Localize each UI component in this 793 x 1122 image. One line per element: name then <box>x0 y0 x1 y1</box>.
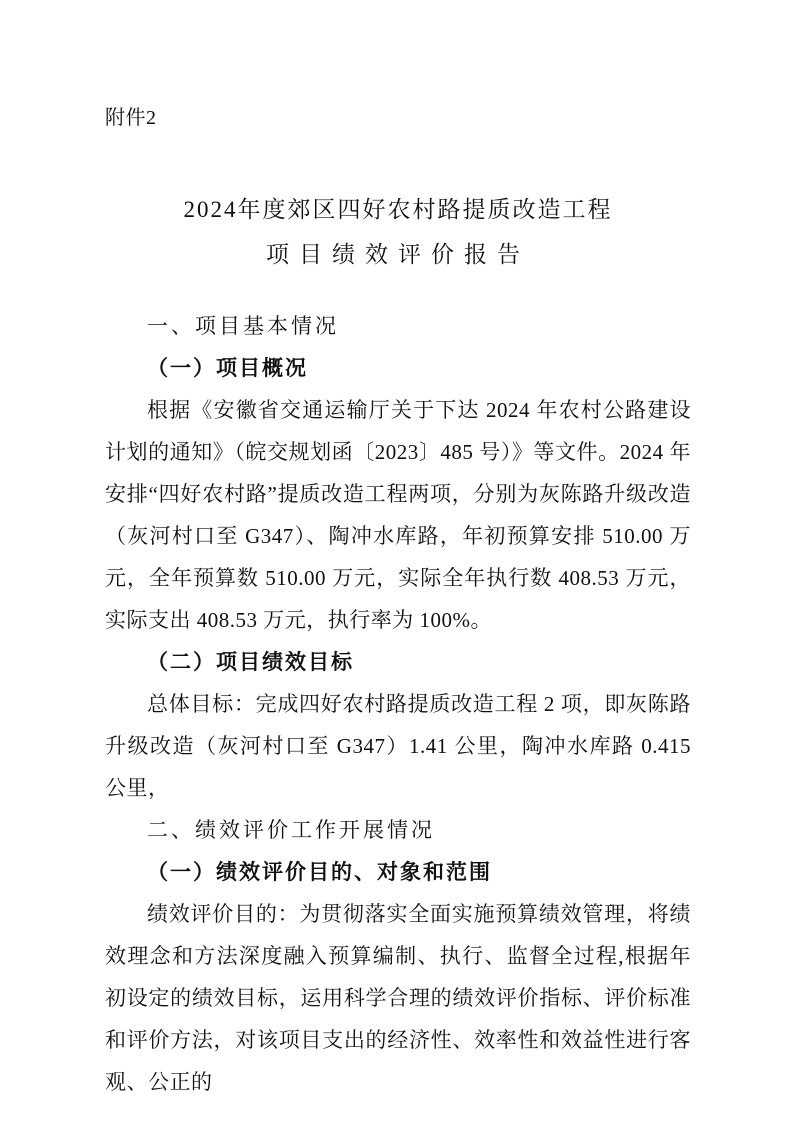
paragraph-project-overview: 根据《安徽省交通运输厅关于下达 2024 年农村公路建设计划的通知》（皖交规划函… <box>105 389 691 641</box>
document-title-line1: 2024年度郊区四好农村路提质改造工程 <box>105 187 691 232</box>
subsection-heading-performance-goals: （二）项目绩效目标 <box>105 641 691 683</box>
document-page: 附件2 2024年度郊区四好农村路提质改造工程 项目绩效评价报告 一、项目基本情… <box>0 0 793 1122</box>
section-heading-project-basic-info: 一、项目基本情况 <box>105 305 691 347</box>
paragraph-evaluation-purpose: 绩效评价目的：为贯彻落实全面实施预算绩效管理，将绩效理念和方法深度融入预算编制、… <box>105 893 691 1103</box>
subsection-heading-project-overview: （一）项目概况 <box>105 347 691 389</box>
paragraph-performance-goals: 总体目标：完成四好农村路提质改造工程 2 项，即灰陈路升级改造（灰河村口至 G3… <box>105 683 691 809</box>
document-content: 附件2 2024年度郊区四好农村路提质改造工程 项目绩效评价报告 一、项目基本情… <box>105 0 691 1103</box>
document-title: 2024年度郊区四好农村路提质改造工程 项目绩效评价报告 <box>105 187 691 277</box>
subsection-heading-evaluation-purpose-scope: （一）绩效评价目的、对象和范围 <box>105 851 691 893</box>
attachment-label: 附件2 <box>105 105 691 131</box>
section-heading-evaluation-work: 二、绩效评价工作开展情况 <box>105 809 691 851</box>
document-title-line2: 项目绩效评价报告 <box>105 232 691 277</box>
